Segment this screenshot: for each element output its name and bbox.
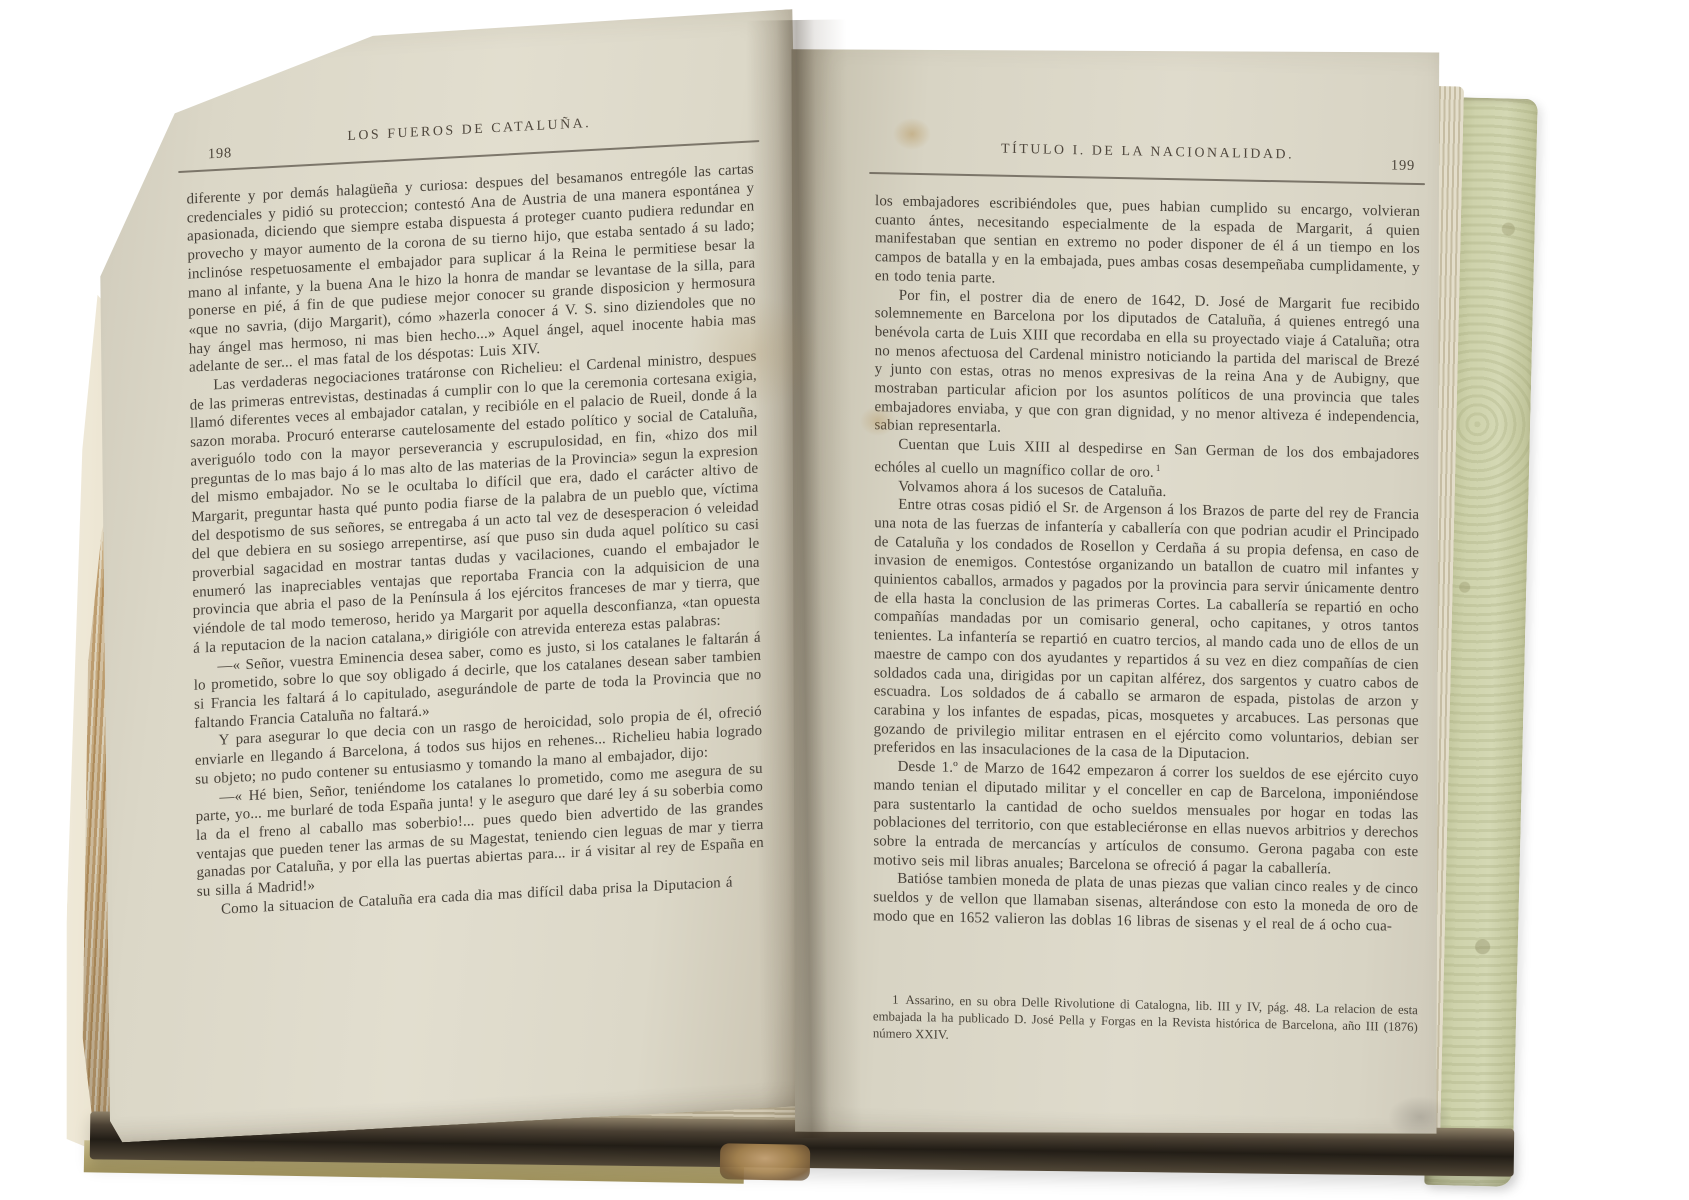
footnote-number: 1 [892,993,898,1007]
spine-bottom-wear [720,1143,811,1181]
footnote: 1Assarino, en su obra Delle Rivolutione … [873,991,1418,1053]
paragraph: los embajadores escribiéndoles que, pues… [875,192,1420,296]
left-page: 198 LOS FUEROS DE CATALUÑA. diferente y … [88,9,815,1144]
right-running-header: TÍTULO I. DE LA NACIONALIDAD. [875,138,1420,165]
paragraph: Batióse tambien moneda de plata de unas … [873,870,1418,937]
left-page-text: diferente y por demás halagüeña y curios… [186,160,764,920]
paragraph: Las verdaderas negociaciones tratáronse … [189,348,760,659]
paragraph: Por fin, el postrer dia de enero de 1642… [874,286,1419,447]
right-page: 199 TÍTULO I. DE LA NACIONALIDAD. los em… [789,39,1440,1144]
right-page-text: los embajadores escribiéndoles que, pues… [873,192,1420,936]
footnote-text: Assarino, en su obra Delle Rivolutione d… [873,993,1418,1042]
footnote-reference: 1 [1156,464,1161,474]
paragraph: Entre otras cosas pidió el Sr. de Argens… [874,495,1420,768]
paragraph: diferente y por demás halagüeña y curios… [186,160,756,377]
right-header-rule [869,172,1425,185]
open-book-photo: 198 LOS FUEROS DE CATALUÑA. diferente y … [0,0,1689,1200]
paragraph: Desde 1.º de Marzo de 1642 empezaron á c… [873,757,1418,880]
